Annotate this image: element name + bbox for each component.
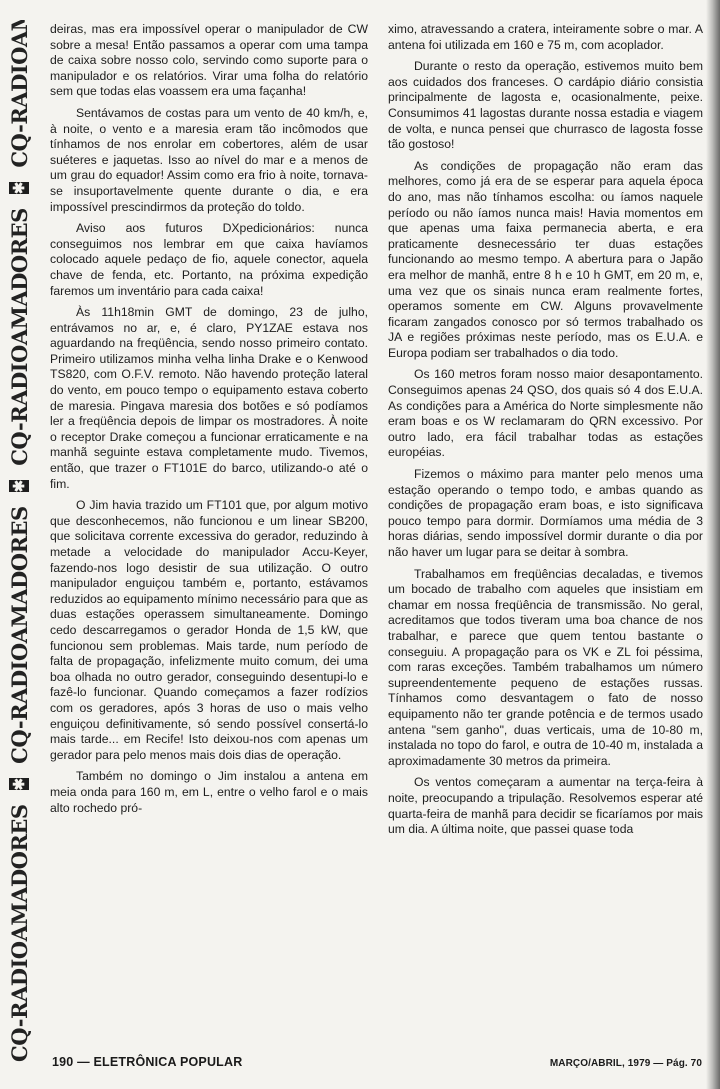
paragraph: Às 11h18min GMT de domingo, 23 de julho,…: [50, 305, 368, 492]
paragraph: Os ventos começaram a aumentar na terça-…: [388, 775, 703, 837]
banner-title: CQ-RADIOAMADORES: [7, 20, 32, 176]
right-column: ximo, atravessando a cratera, inteiramen…: [388, 22, 703, 844]
paragraph: Trabalhamos em freqüências decaladas, e …: [388, 567, 703, 770]
paragraph: Fizemos o máximo para manter pelo menos …: [388, 467, 703, 561]
paragraph: As condições de propagação não eram das …: [388, 159, 703, 362]
paragraph: Sentávamos de costas para um vento de 40…: [50, 106, 368, 215]
paragraph: Também no domingo o Jim instalou a anten…: [50, 769, 368, 816]
left-column: deiras, mas era impossível operar o mani…: [50, 22, 368, 822]
page-gutter-shadow: [706, 0, 720, 1089]
paragraph: deiras, mas era impossível operar o mani…: [50, 22, 368, 100]
side-banner-strip: CQ-RADIOAMADORES ✱ CQ-RADIOAMADORES ✱ CQ…: [4, 20, 34, 1070]
paragraph: Os 160 metros foram nosso maior desapont…: [388, 367, 703, 461]
paragraph: Durante o resto da operação, estivemos m…: [388, 59, 703, 153]
banner-title: CQ-RADIOAMADORES: [7, 796, 32, 1070]
side-banner: CQ-RADIOAMADORES ✱ CQ-RADIOAMADORES ✱ CQ…: [4, 20, 34, 1070]
paragraph: Aviso aos futuros DXpedicionários: nunca…: [50, 221, 368, 299]
star-box-icon: ✱: [9, 778, 29, 791]
star-box-icon: ✱: [9, 182, 29, 195]
banner-title: CQ-RADIOAMADORES: [7, 498, 32, 772]
footer-page-number-publication: 190 — ELETRÔNICA POPULAR: [52, 1055, 242, 1069]
star-box-icon: ✱: [9, 480, 29, 493]
paragraph: ximo, atravessando a cratera, inteiramen…: [388, 22, 703, 53]
paragraph: O Jim havia trazido um FT101 que, por al…: [50, 498, 368, 763]
banner-title: CQ-RADIOAMADORES: [7, 200, 32, 474]
footer-issue-date-page: MARÇO/ABRIL, 1979 — Pág. 70: [550, 1058, 702, 1069]
magazine-page: CQ-RADIOAMADORES ✱ CQ-RADIOAMADORES ✱ CQ…: [0, 0, 720, 1089]
